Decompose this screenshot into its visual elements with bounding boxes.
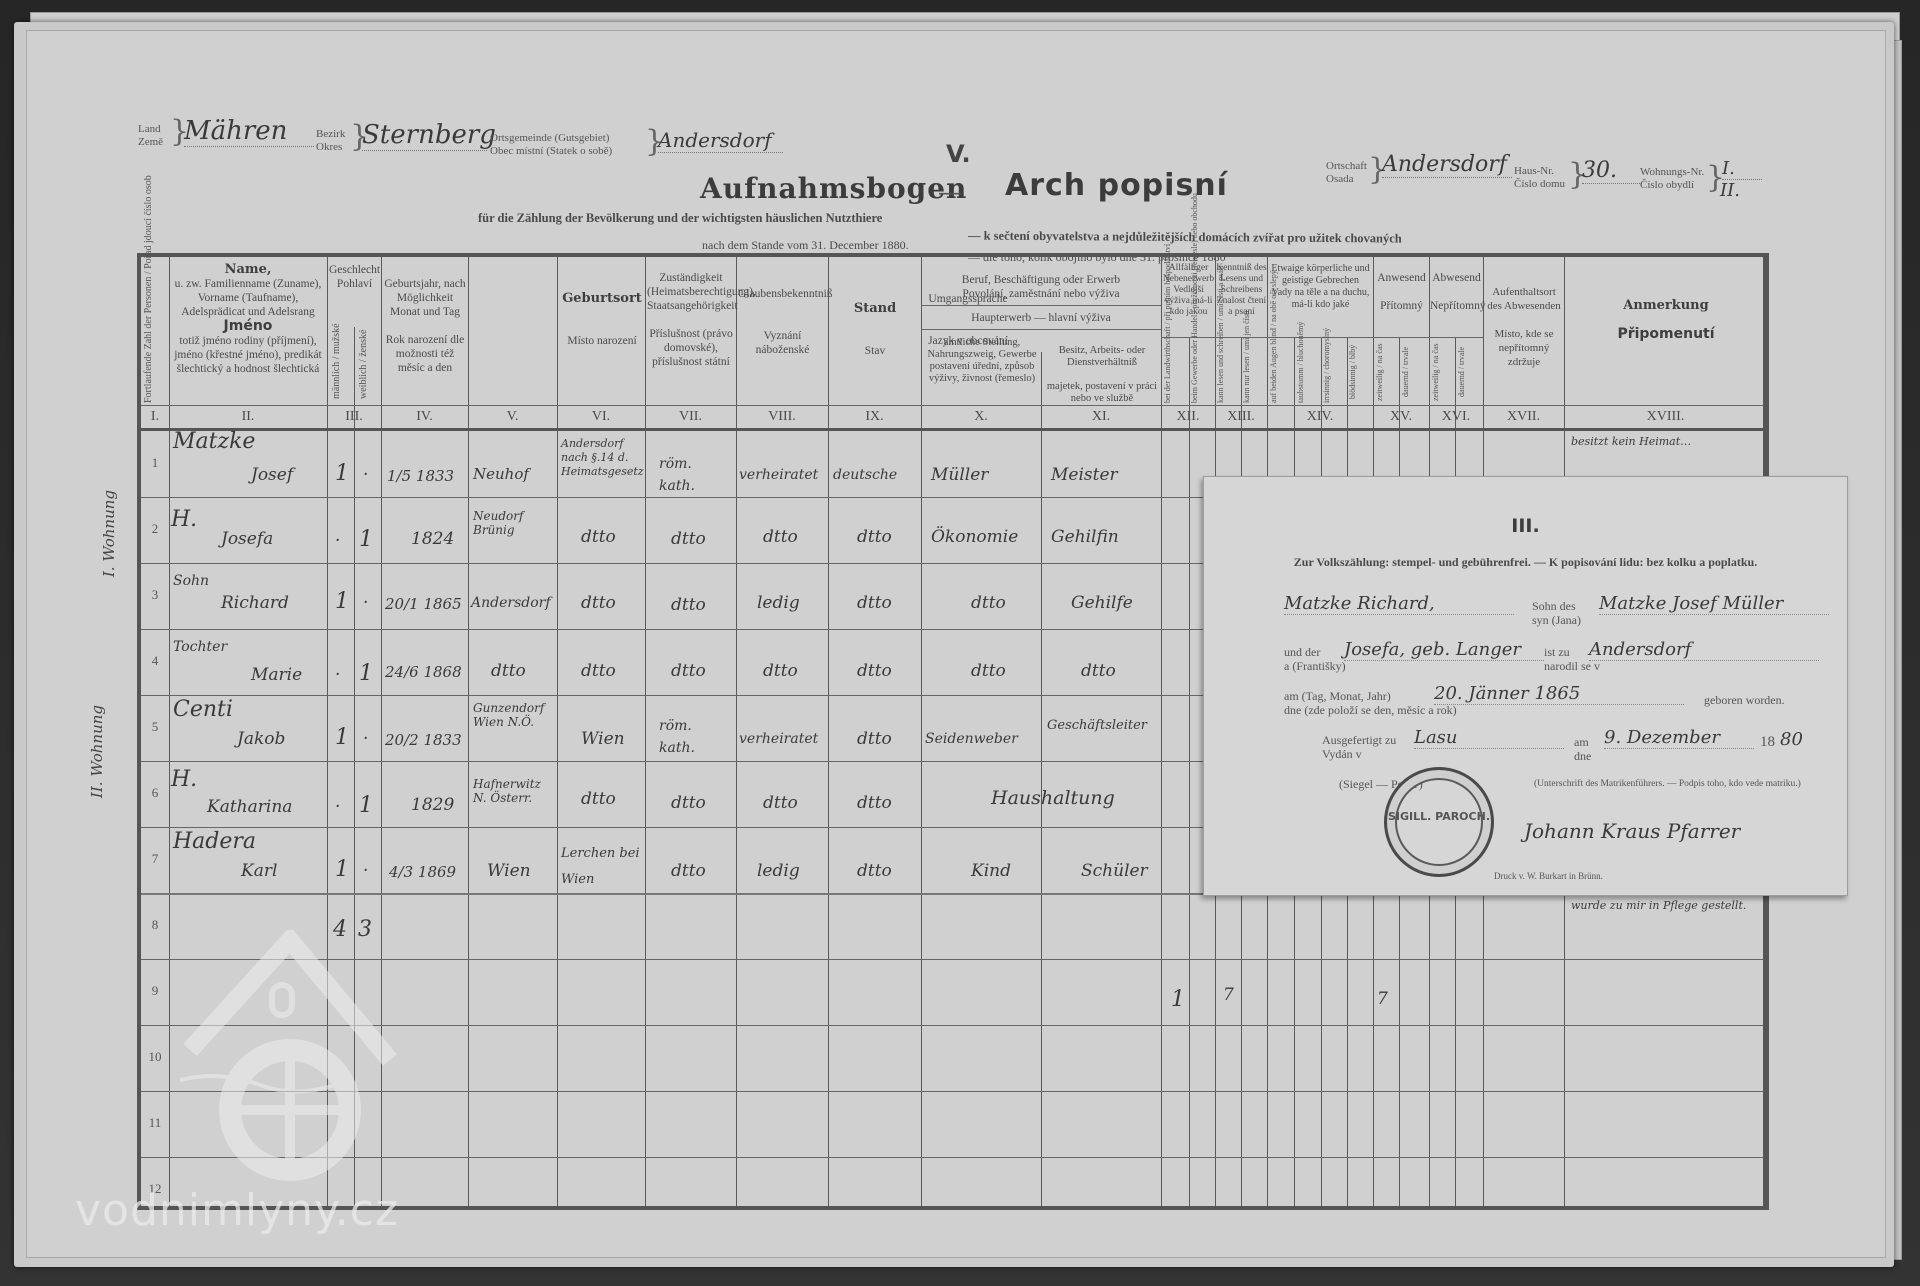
row-6-male: · bbox=[335, 797, 340, 817]
margin-note-apartment-1: I. Wohnung bbox=[100, 490, 118, 577]
row-4-relation: Tochter bbox=[173, 639, 227, 655]
row-1-besitz: Meister bbox=[1051, 465, 1118, 485]
col-num-xvii: XVII. bbox=[1483, 409, 1564, 425]
tally-anwesend: 7 bbox=[1377, 989, 1388, 1009]
col-num-iv: IV. bbox=[381, 409, 468, 425]
certificate-number: III. bbox=[1204, 515, 1847, 537]
tally-lesen: 7 bbox=[1223, 985, 1234, 1005]
row-5-male: 1 bbox=[335, 725, 349, 750]
row-7-beruf: Kind bbox=[971, 861, 1011, 881]
row-7-stand: ledig bbox=[757, 861, 800, 881]
ortsgemeinde-label: Ortsgemeinde (Gutsgebiet)Obec místní (St… bbox=[490, 132, 650, 158]
row-2-besitz: Gehilfin bbox=[1051, 527, 1119, 547]
row-1-stand: verheiratet bbox=[739, 467, 818, 483]
row-5-female: · bbox=[363, 729, 368, 749]
row-2-stand: dtto bbox=[763, 527, 798, 547]
row-number: 2 bbox=[140, 521, 170, 537]
row-1-sprache: deutsche bbox=[833, 467, 897, 483]
col-num-xv: XV. bbox=[1373, 409, 1429, 425]
column-divider bbox=[1041, 352, 1042, 1206]
header-col-v: GeburtsortMísto narození bbox=[559, 292, 645, 348]
row-1-name: Josef bbox=[251, 465, 293, 485]
row-2-beruf: Ökonomie bbox=[931, 527, 1018, 547]
row-6-beruf: Haushaltung bbox=[991, 787, 1115, 809]
row-1-religion: röm. kath. bbox=[659, 453, 719, 497]
row-7-surname: Hadera bbox=[173, 829, 256, 854]
tally-nebenerwerb: 1 bbox=[1171, 987, 1185, 1012]
header-col-xiv-sub-3: irrsinnig / choromyslný bbox=[1322, 341, 1346, 403]
birth-date-label: am (Tag, Monat, Jahr)dne (zde položí se … bbox=[1284, 689, 1457, 717]
mother-label: und dera (Františky) bbox=[1284, 645, 1346, 673]
row-1-birth: 1/5 1833 bbox=[387, 467, 454, 485]
haus-nr-label: Haus-Nr.Číslo domu bbox=[1514, 165, 1565, 191]
certificate-issued-date: 9. Dezember bbox=[1604, 727, 1754, 749]
row-4-name: Marie bbox=[251, 665, 302, 685]
row-6-zustaendigkeit: dtto bbox=[581, 789, 616, 809]
header-col-ii: Name, u. zw. Familienname (Zuname), Vorn… bbox=[171, 263, 325, 376]
land-value: Mähren bbox=[184, 116, 314, 147]
bezirk-value: Sternberg bbox=[362, 120, 487, 151]
row-7-religion: dtto bbox=[671, 861, 706, 881]
header-col-xiii-sub-2: kann nur lesen / umí jen čísti bbox=[1242, 341, 1266, 403]
column-divider bbox=[645, 257, 646, 1206]
header-col-x-subgroup: Haupterwerb — hlavní výživa bbox=[923, 311, 1159, 325]
row-2-birth: 1824 bbox=[411, 529, 454, 549]
row-7-zustaendigkeit: Lerchen bei Wien bbox=[561, 841, 645, 893]
row-number: 1 bbox=[140, 455, 170, 471]
issued-year-prefix: 18 bbox=[1760, 735, 1775, 749]
printer-credit: Druck v. W. Burkart in Brünn. bbox=[1494, 869, 1603, 883]
row-5-place: Gunzendorf Wien N.Ö. bbox=[473, 701, 557, 729]
header-col-xiv-sub-1: auf beiden Augen blind / na obě oči slep… bbox=[1269, 341, 1293, 403]
row-number: 10 bbox=[140, 1049, 170, 1065]
wohnungs-nr-bottom: II. bbox=[1720, 180, 1760, 201]
row-4-religion: dtto bbox=[671, 661, 706, 681]
row-number: 6 bbox=[140, 785, 170, 801]
header-col-vi: Zuständigkeit (Heimatsberechtigung), Sta… bbox=[647, 271, 735, 369]
certificate-issued-place: Lasu bbox=[1414, 727, 1564, 749]
row-6-sprache: dtto bbox=[857, 793, 892, 813]
row-3-sprache: dtto bbox=[857, 593, 892, 613]
col-num-i: I. bbox=[141, 409, 169, 425]
row-4-place: dtto bbox=[491, 661, 526, 681]
row-5-surname: Centi bbox=[173, 697, 233, 722]
row-5-sprache: dtto bbox=[857, 729, 892, 749]
row-7-sprache: dtto bbox=[857, 861, 892, 881]
header-col-xvi-sub-1: zeitweilig / na čas bbox=[1431, 341, 1454, 403]
row-5-stand: verheiratet bbox=[739, 731, 818, 747]
header-divider bbox=[141, 405, 1763, 406]
title-separator: — bbox=[938, 178, 962, 206]
col-num-xviii: XVIII. bbox=[1564, 409, 1767, 425]
row-number: 5 bbox=[140, 719, 170, 735]
col-num-xi: XI. bbox=[1041, 409, 1161, 425]
row-3-beruf: dtto bbox=[971, 593, 1006, 613]
header-divider bbox=[921, 329, 1161, 330]
signature-label: (Unterschrift des Matrikenführers. — Pod… bbox=[1534, 777, 1801, 791]
header-col-x: ämtliche Stellung, Nahrungszweig, Gewerb… bbox=[923, 337, 1041, 385]
haus-nr-value: 30. bbox=[1582, 158, 1642, 184]
header-col-xii-sub-2: beim Gewerbe oder Handel / při živnosti … bbox=[1190, 341, 1214, 403]
col-num-xiv: XIV. bbox=[1267, 409, 1373, 425]
row-5-zustaendigkeit: Wien bbox=[581, 729, 625, 749]
certificate-father: Matzke Josef Müller bbox=[1599, 593, 1829, 615]
row-7-place: Wien bbox=[487, 861, 531, 881]
born-label: geboren worden. bbox=[1704, 693, 1785, 707]
row-1-male: 1 bbox=[335, 461, 349, 486]
row-number: 4 bbox=[140, 653, 170, 669]
row-3-place: Andersdorf bbox=[471, 595, 551, 611]
margin-note-apartment-2: II. Wohnung bbox=[88, 705, 106, 798]
row-7-female: · bbox=[363, 861, 368, 881]
row-3-besitz: Gehilfe bbox=[1071, 593, 1133, 613]
issued-place-label: Ausgefertigt zuVydán v bbox=[1322, 733, 1396, 761]
household-mark: H. bbox=[171, 767, 197, 792]
parish-seal-stamp: SIGILL. PAROCH. bbox=[1384, 767, 1494, 877]
ortsgemeinde-value: Andersdorf bbox=[658, 128, 783, 153]
row-5-birth: 20/2 1833 bbox=[385, 731, 462, 749]
row-3-relation: Sohn bbox=[173, 573, 209, 589]
row-number: 3 bbox=[140, 587, 170, 603]
header-col-xvii: Aufenthaltsort des AbwesendenMísto, kde … bbox=[1484, 285, 1564, 369]
header-col-viii: StandStav bbox=[830, 302, 920, 358]
row-2-zustaendigkeit: dtto bbox=[581, 527, 616, 547]
row-3-stand: ledig bbox=[757, 593, 800, 613]
row-4-stand: dtto bbox=[763, 661, 798, 681]
header-col-xiv-sub-2: taubstumm / hluchoněmý bbox=[1296, 341, 1320, 403]
row-number: 8 bbox=[140, 917, 170, 933]
row-2-name: Josefa bbox=[221, 529, 273, 549]
col-num-v: V. bbox=[468, 409, 557, 425]
form-number: V. bbox=[946, 140, 971, 168]
header-col-xii-sub-1: bei der Landwirthschaft / při polním hos… bbox=[1163, 341, 1187, 403]
ortschaft-value: Andersdorf bbox=[1382, 152, 1512, 178]
row-4-besitz: dtto bbox=[1081, 661, 1116, 681]
issued-year-suffix: 80 bbox=[1780, 729, 1803, 750]
row-1-place: Neuhof bbox=[473, 465, 529, 483]
row-7-name: Karl bbox=[241, 861, 277, 881]
household-mark: H. bbox=[171, 507, 197, 532]
row-5-religion: röm. kath. bbox=[659, 715, 719, 759]
row-6-birth: 1829 bbox=[411, 795, 454, 815]
column-divider bbox=[557, 257, 558, 1206]
wohnungs-nr-top: I. bbox=[1722, 158, 1762, 180]
certificate-signature: Johann Kraus Pfarrer bbox=[1524, 819, 1740, 843]
birth-certificate-slip: III. Zur Volkszählung: stempel- und gebü… bbox=[1203, 476, 1848, 896]
header-col-x-group: Beruf, Beschäftigung oder ErwerbPovolání… bbox=[923, 273, 1159, 301]
header-col-xiv-sub-4: blödsinnig / blbý bbox=[1348, 341, 1372, 403]
row-number: 7 bbox=[140, 851, 170, 867]
header-divider bbox=[921, 305, 1161, 306]
header-col-xiv: Etwaige körperliche und geistige Gebrech… bbox=[1268, 263, 1373, 311]
col-num-xvi: XVI. bbox=[1429, 409, 1483, 425]
row-7-note: wurde zu mir in Pflege gestellt. bbox=[1571, 899, 1746, 912]
header-col-vii: GlaubensbekenntnißVyznání náboženské bbox=[738, 287, 827, 357]
row-5-beruf: Seidenweber bbox=[925, 731, 1018, 747]
row-6-female: 1 bbox=[359, 793, 373, 818]
header-col-i: Fortlaufende Zahl der Personen / Pořad j… bbox=[143, 265, 167, 403]
header-col-xvi: AbwesendNepřítomný bbox=[1430, 271, 1483, 313]
row-4-birth: 24/6 1868 bbox=[385, 663, 462, 681]
row-4-beruf: dtto bbox=[971, 661, 1006, 681]
row-3-religion: dtto bbox=[671, 595, 706, 615]
land-label: LandZemě bbox=[138, 123, 163, 149]
row-6-place: Hafnerwitz N. Österr. bbox=[473, 777, 557, 805]
col-num-xii: XII. bbox=[1161, 409, 1215, 425]
col-num-iii: III. bbox=[327, 409, 381, 425]
header-bottom-rule bbox=[141, 428, 1763, 431]
row-1-note: besitzt kein Heimat… bbox=[1571, 435, 1691, 448]
column-divider bbox=[921, 257, 922, 1206]
row-7-male: 1 bbox=[335, 857, 349, 882]
row-7-besitz: Schüler bbox=[1081, 861, 1148, 881]
row-6-name: Katharina bbox=[207, 797, 292, 817]
col-num-x: X. bbox=[921, 409, 1041, 425]
bezirk-label: BezirkOkres bbox=[316, 128, 345, 154]
column-divider bbox=[1189, 337, 1190, 1206]
col-num-xiii: XIII. bbox=[1215, 409, 1267, 425]
title-german: Aufnahmsbogen bbox=[700, 172, 967, 205]
row-4-male: · bbox=[335, 665, 340, 685]
ortschaft-label: OrtschaftOsada bbox=[1326, 160, 1367, 186]
row-2-male: · bbox=[335, 531, 340, 551]
row-3-zustaendigkeit: dtto bbox=[581, 593, 616, 613]
row-3-name: Richard bbox=[221, 593, 289, 613]
header-col-xiii-sub-1: kann lesen und schreiben / umí čísti a p… bbox=[1216, 341, 1240, 403]
column-divider bbox=[1161, 257, 1162, 1206]
row-6-stand: dtto bbox=[763, 793, 798, 813]
watermark-mill-logo-icon bbox=[180, 930, 400, 1190]
row-2-religion: dtto bbox=[671, 529, 706, 549]
header-col-xv-sub-2: dauernd / trvale bbox=[1401, 341, 1427, 403]
header-col-xv-sub-1: zeitweilig / na čas bbox=[1375, 341, 1398, 403]
header-col-xv: AnwesendPřítomný bbox=[1374, 271, 1429, 313]
certificate-subtitle: Zur Volkszählung: stempel- und gebührenf… bbox=[1204, 555, 1847, 570]
row-2-female: 1 bbox=[359, 527, 373, 552]
certificate-birthplace: Andersdorf bbox=[1589, 639, 1819, 661]
header-col-iii-female: weiblich / ženské bbox=[358, 347, 378, 399]
certificate-child-name: Matzke Richard, bbox=[1284, 593, 1514, 615]
column-divider bbox=[468, 257, 469, 1206]
header-col-xviii: AnmerkungPřipomenutí bbox=[1565, 299, 1767, 342]
subtitle-czech: — k sečtení obyvatelstva a nejdůležitějš… bbox=[968, 228, 1402, 246]
row-5-besitz: Geschäftsleiter bbox=[1047, 719, 1157, 733]
certificate-birth-date: 20. Jänner 1865 bbox=[1434, 683, 1684, 705]
row-1-beruf: Müller bbox=[931, 465, 988, 485]
header-col-iii-male: männlich / mužské bbox=[331, 347, 351, 399]
row-3-female: · bbox=[363, 593, 368, 613]
row-4-zustaendigkeit: dtto bbox=[581, 661, 616, 681]
wohnungs-nr-label: Wohnungs-Nr.Číslo obydlí bbox=[1640, 166, 1704, 192]
issued-date-label: amdne bbox=[1574, 735, 1591, 763]
row-6-religion: dtto bbox=[671, 793, 706, 813]
row-3-male: 1 bbox=[335, 589, 349, 614]
row-1-surname: Matzke bbox=[173, 429, 255, 454]
header-col-iv: Geburtsjahr, nach Möglichkeit Monat und … bbox=[383, 277, 467, 375]
col-num-ii: II. bbox=[169, 409, 327, 425]
row-2-sprache: dtto bbox=[857, 527, 892, 547]
watermark-text: vodnimlyny.cz bbox=[75, 1185, 399, 1236]
row-1-zustaendigkeit: Andersdorf nach §.14 d. Heimatsgesetz bbox=[561, 437, 645, 479]
reference-date-german: nach dem Stande vom 31. December 1880. bbox=[702, 238, 909, 253]
row-4-female: 1 bbox=[359, 661, 373, 686]
row-7-birth: 4/3 1869 bbox=[389, 863, 456, 881]
header-col-iii: GeschlechtPohlaví bbox=[328, 263, 381, 291]
subtitle-german: für die Zählung der Bevölkerung und der … bbox=[478, 211, 882, 226]
col-num-viii: VIII. bbox=[736, 409, 828, 425]
row-number: 11 bbox=[140, 1115, 170, 1131]
son-of-label: Sohn dessyn (Jana) bbox=[1532, 599, 1581, 627]
col-num-vii: VII. bbox=[645, 409, 736, 425]
col-num-ix: IX. bbox=[828, 409, 921, 425]
row-3-birth: 20/1 1865 bbox=[385, 595, 462, 613]
row-1-female: · bbox=[363, 465, 368, 485]
row-4-sprache: dtto bbox=[857, 661, 892, 681]
row-2-place: Neudorf Brünig bbox=[473, 509, 557, 537]
certificate-mother: Josefa, geb. Langer bbox=[1344, 639, 1544, 661]
col-num-vi: VI. bbox=[557, 409, 645, 425]
header-col-xi: Besitz, Arbeits- oder Dienstverhältnißma… bbox=[1043, 345, 1161, 405]
row-5-name: Jakob bbox=[237, 729, 285, 749]
row-number: 9 bbox=[140, 983, 170, 999]
column-divider bbox=[736, 257, 737, 1206]
column-divider bbox=[828, 257, 829, 1206]
header-col-xvi-sub-2: dauernd / trvale bbox=[1457, 341, 1482, 403]
